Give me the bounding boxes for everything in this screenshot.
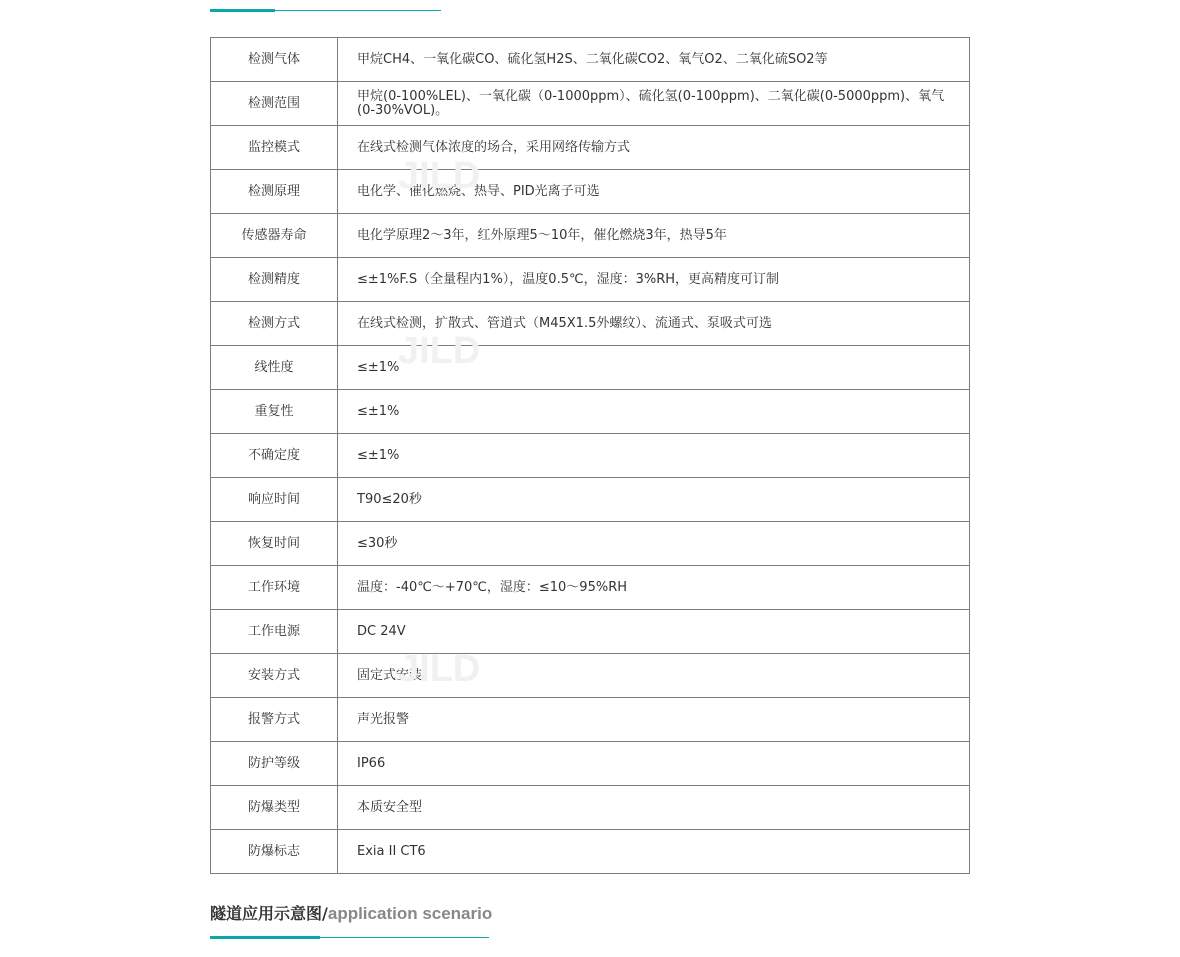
underline-thick: [210, 936, 320, 939]
table-row: 检测方式在线式检测，扩散式、管道式（M45X1.5外螺纹）、流通式、泵吸式可选: [211, 302, 970, 346]
table-row: 不确定度≤±1%: [211, 434, 970, 478]
spec-label: 工作电源: [211, 610, 338, 654]
spec-label: 响应时间: [211, 478, 338, 522]
table-row: 报警方式声光报警: [211, 698, 970, 742]
table-row: 工作电源DC 24V: [211, 610, 970, 654]
section-title: 隧道应用示意图/application scenario: [210, 901, 492, 924]
spec-label: 安装方式: [211, 654, 338, 698]
underline-thick: [210, 9, 275, 12]
spec-value: Exia II CT6: [338, 830, 970, 874]
spec-label: 检测方式: [211, 302, 338, 346]
spec-label: 工作环境: [211, 566, 338, 610]
table-row: 响应时间T90≤20秒: [211, 478, 970, 522]
section-title-cn: 隧道应用示意图/: [210, 904, 328, 923]
table-row: 防爆类型本质安全型: [211, 786, 970, 830]
spec-value: DC 24V: [338, 610, 970, 654]
table-row: 检测原理电化学、催化燃烧、热导、PID光离子可选: [211, 170, 970, 214]
spec-label: 传感器寿命: [211, 214, 338, 258]
spec-label: 防护等级: [211, 742, 338, 786]
spec-table: 检测气体甲烷CH4、一氧化碳CO、硫化氢H2S、二氧化碳CO2、氧气O2、二氧化…: [210, 37, 970, 874]
spec-value: 在线式检测气体浓度的场合，采用网络传输方式: [338, 126, 970, 170]
spec-value: 温度：-40℃～+70℃，湿度：≤10～95%RH: [338, 566, 970, 610]
spec-value: ≤±1%F.S（全量程内1%），温度0.5℃，湿度：3%RH，更高精度可订制: [338, 258, 970, 302]
spec-label: 防爆类型: [211, 786, 338, 830]
spec-label: 报警方式: [211, 698, 338, 742]
spec-label: 不确定度: [211, 434, 338, 478]
spec-label: 检测范围: [211, 82, 338, 126]
table-row: 监控模式在线式检测气体浓度的场合，采用网络传输方式: [211, 126, 970, 170]
table-row: 工作环境温度：-40℃～+70℃，湿度：≤10～95%RH: [211, 566, 970, 610]
spec-label: 检测原理: [211, 170, 338, 214]
table-row: 检测范围甲烷(0-100%LEL)、一氧化碳（0-1000ppm）、硫化氢(0-…: [211, 82, 970, 126]
spec-value: 甲烷CH4、一氧化碳CO、硫化氢H2S、二氧化碳CO2、氧气O2、二氧化硫SO2…: [338, 38, 970, 82]
spec-label: 检测气体: [211, 38, 338, 82]
spec-value: 电化学原理2～3年，红外原理5～10年，催化燃烧3年，热导5年: [338, 214, 970, 258]
table-row: 重复性≤±1%: [211, 390, 970, 434]
spec-label: 监控模式: [211, 126, 338, 170]
spec-value: 本质安全型: [338, 786, 970, 830]
table-row: 检测气体甲烷CH4、一氧化碳CO、硫化氢H2S、二氧化碳CO2、氧气O2、二氧化…: [211, 38, 970, 82]
table-row: 防爆标志Exia II CT6: [211, 830, 970, 874]
spec-value: ≤±1%: [338, 390, 970, 434]
table-row: 线性度≤±1%: [211, 346, 970, 390]
section-title-en: application scenario: [328, 904, 492, 923]
spec-value: T90≤20秒: [338, 478, 970, 522]
spec-value: 声光报警: [338, 698, 970, 742]
spec-value: ≤30秒: [338, 522, 970, 566]
spec-value: ≤±1%: [338, 434, 970, 478]
spec-value: 在线式检测，扩散式、管道式（M45X1.5外螺纹）、流通式、泵吸式可选: [338, 302, 970, 346]
spec-value: IP66: [338, 742, 970, 786]
table-row: 检测精度≤±1%F.S（全量程内1%），温度0.5℃，湿度：3%RH，更高精度可…: [211, 258, 970, 302]
table-row: 防护等级IP66: [211, 742, 970, 786]
spec-label: 线性度: [211, 346, 338, 390]
spec-value: 甲烷(0-100%LEL)、一氧化碳（0-1000ppm）、硫化氢(0-100p…: [338, 82, 970, 126]
spec-value: 电化学、催化燃烧、热导、PID光离子可选: [338, 170, 970, 214]
table-row: 安装方式固定式安装: [211, 654, 970, 698]
table-row: 传感器寿命电化学原理2～3年，红外原理5～10年，催化燃烧3年，热导5年: [211, 214, 970, 258]
spec-label: 防爆标志: [211, 830, 338, 874]
spec-label: 恢复时间: [211, 522, 338, 566]
spec-value: 固定式安装: [338, 654, 970, 698]
spec-label: 重复性: [211, 390, 338, 434]
spec-label: 检测精度: [211, 258, 338, 302]
spec-value: ≤±1%: [338, 346, 970, 390]
table-row: 恢复时间≤30秒: [211, 522, 970, 566]
